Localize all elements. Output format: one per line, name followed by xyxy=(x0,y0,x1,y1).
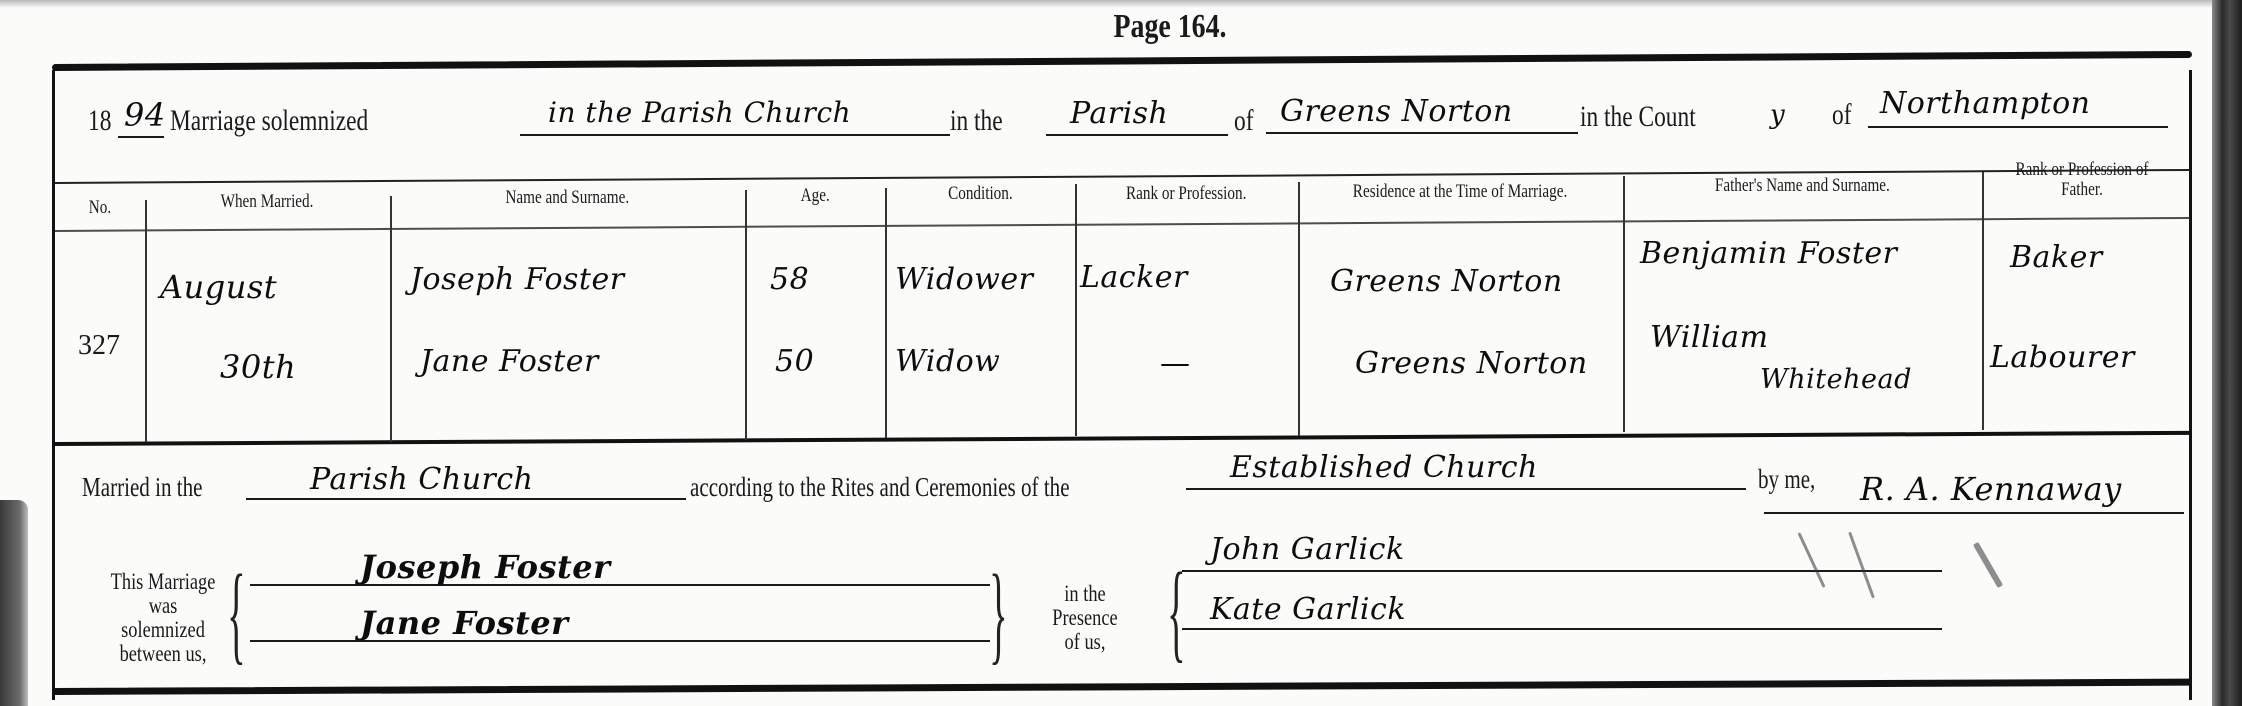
page-title: Page 164. xyxy=(1072,8,1269,46)
col-divider xyxy=(1075,184,1077,436)
column-header-residence: Residence at the Time of Marriage. xyxy=(1298,182,1623,202)
groom-condition: Widower xyxy=(895,262,1033,297)
scan-top-edge xyxy=(0,0,2242,8)
col-divider xyxy=(1982,172,1984,430)
column-header-rank: Rank or Profession. xyxy=(1075,184,1298,204)
district-name-line xyxy=(1266,132,1578,134)
between-label: This Marriage was solemnized between us, xyxy=(88,570,238,666)
presence-label: in the Presence of us, xyxy=(1030,582,1140,654)
frame-top-rule xyxy=(52,51,2192,71)
married-in-line xyxy=(246,498,686,500)
groom-signature: Joseph Foster xyxy=(360,548,610,586)
of-label: of xyxy=(1234,104,1254,138)
when-married-day: 30th xyxy=(220,348,296,386)
groom-name: Joseph Foster xyxy=(410,262,625,297)
col-divider xyxy=(145,200,147,442)
bride-age: 50 xyxy=(775,344,814,379)
book-binding-right xyxy=(2212,0,2242,706)
county-of-label: of xyxy=(1832,98,1852,132)
col-divider xyxy=(1623,176,1625,432)
bride-father-rank: Labourer xyxy=(1990,340,2135,375)
district-name: Greens Norton xyxy=(1280,94,1513,129)
right-brace: } xyxy=(989,558,1007,668)
solemnized-place-line xyxy=(520,134,950,136)
witness-signature-1: John Garlick xyxy=(1210,532,1405,567)
year-underline xyxy=(118,136,164,138)
col-divider xyxy=(390,196,392,442)
county-label: in the Count xyxy=(1580,100,1696,134)
county-name: Northampton xyxy=(1880,86,2091,121)
column-header-age: Age. xyxy=(745,186,885,206)
solemnized-place: in the Parish Church xyxy=(548,96,851,129)
officiant-line xyxy=(1764,512,2184,514)
district-type: Parish xyxy=(1070,96,1168,131)
rites-label: according to the Rites and Ceremonies of… xyxy=(690,472,1070,503)
groom-father-name: Benjamin Foster xyxy=(1640,236,1898,271)
witness-line-2 xyxy=(1182,628,1942,630)
column-header-name: Name and Surname. xyxy=(390,188,745,208)
groom-rank: Lacker xyxy=(1080,260,1188,295)
witness-line-1 xyxy=(1182,570,1942,572)
column-header-when-married: When Married. xyxy=(145,192,390,212)
column-header-father-rank: Rank or Profession of Father. xyxy=(1982,160,2182,200)
entry-number: 327 xyxy=(78,330,120,362)
bride-signature: Jane Foster xyxy=(360,604,568,642)
bride-father-name: William xyxy=(1650,320,1769,355)
col-divider xyxy=(1298,182,1300,436)
bride-father-surname: Whitehead xyxy=(1760,364,1912,395)
by-me-label: by me, xyxy=(1758,464,1815,495)
year-suffix: 94 xyxy=(124,96,166,134)
column-header-condition: Condition. xyxy=(885,184,1075,204)
rites-line xyxy=(1186,488,1746,490)
col-divider xyxy=(745,190,747,440)
witness-signature-2: Kate Garlick xyxy=(1210,592,1406,627)
col-divider xyxy=(885,188,887,438)
groom-residence: Greens Norton xyxy=(1330,264,1563,299)
groom-father-rank: Baker xyxy=(2010,240,2103,275)
bride-name: Jane Foster xyxy=(420,344,599,379)
married-in-value: Parish Church xyxy=(310,462,533,497)
left-brace: { xyxy=(227,558,245,668)
solemnized-label: Marriage solemnized xyxy=(170,104,368,138)
rites-value: Established Church xyxy=(1230,450,1538,485)
groom-age: 58 xyxy=(770,262,809,297)
married-in-label: Married in the xyxy=(82,472,202,503)
witness-brace: { xyxy=(1167,556,1185,666)
column-header-no: No. xyxy=(55,198,145,218)
bride-condition: Widow xyxy=(895,344,1000,379)
in-the-label: in the xyxy=(950,104,1003,138)
when-married-month: August xyxy=(160,268,277,306)
county-suffix: y xyxy=(1770,100,1785,130)
bride-rank: — xyxy=(1160,346,1191,381)
district-type-line xyxy=(1046,134,1228,136)
column-header-father-name: Father's Name and Surname. xyxy=(1623,176,1982,196)
year-prefix: 18 xyxy=(88,104,111,138)
county-name-line xyxy=(1868,126,2168,128)
bride-residence: Greens Norton xyxy=(1355,346,1588,381)
book-binding-left xyxy=(0,500,28,706)
officiant-signature: R. A. Kennaway xyxy=(1860,470,2122,508)
